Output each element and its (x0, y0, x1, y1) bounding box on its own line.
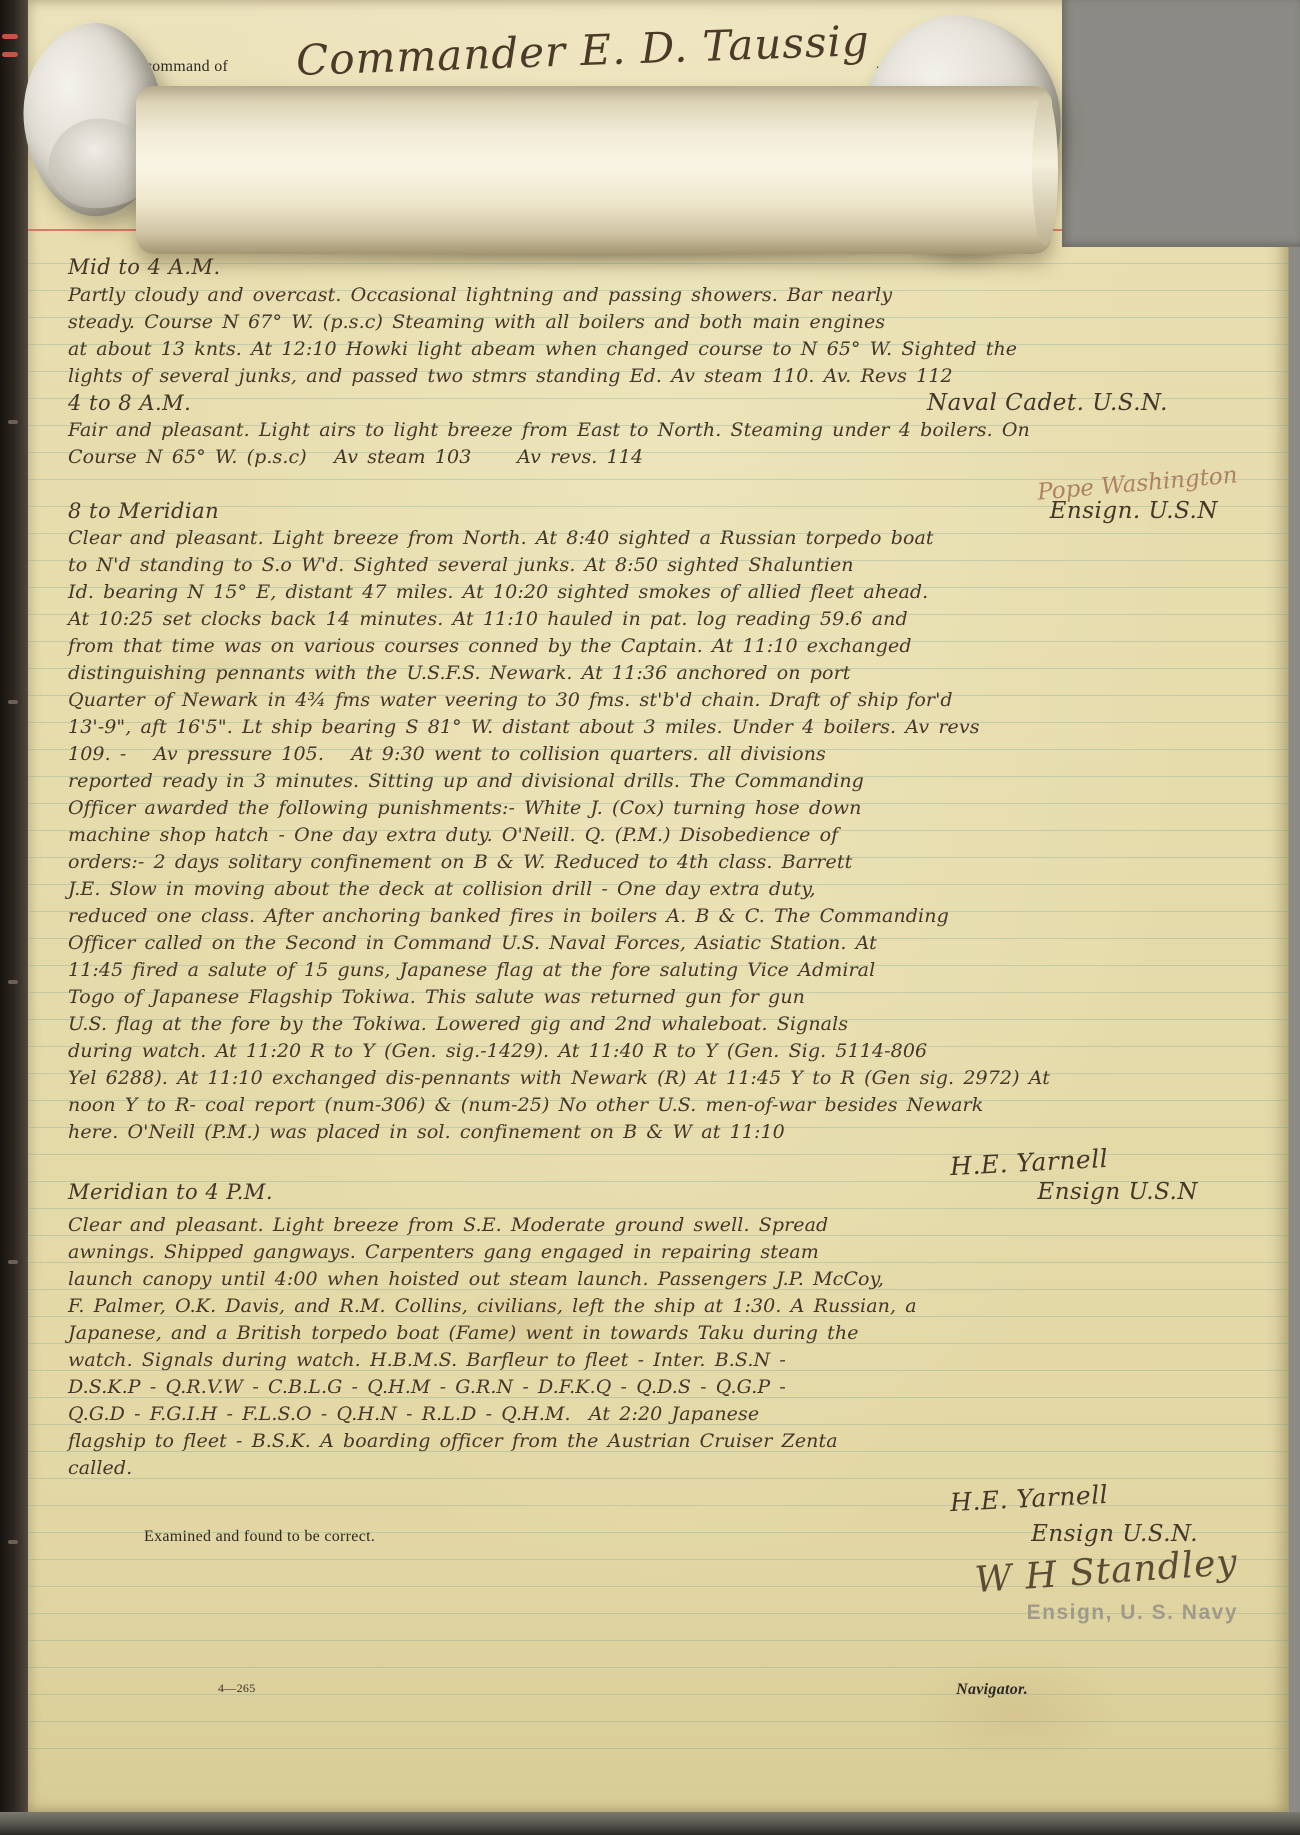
log-entries: Mid to 4 A.M. Partly cloudy and overcast… (68, 255, 1258, 1699)
page-bottom-edge (0, 1812, 1300, 1835)
signature-he-yarnell-2: H.E. Yarnell (949, 1480, 1109, 1517)
binding-thread (2, 34, 18, 39)
watch-heading-row-meridian: Meridian to 4 P.M. Ensign U.S.N (68, 1179, 1258, 1212)
signature-row-yarnell-1: H.E. Yarnell (68, 1146, 1258, 1179)
watch-body-meridian-to-4pm: Clear and pleasant. Light breeze from S.… (68, 1212, 1258, 1482)
form-number: 4—265 (218, 1681, 256, 1699)
signature-ensign-usn-yarnell-2: Ensign U.S.N. (1031, 1521, 1198, 1547)
signature-he-yarnell-1: H.E. Yarnell (949, 1144, 1109, 1181)
binding-stitch (8, 420, 18, 424)
binding-stitch (8, 980, 18, 984)
ensign-us-navy-stamp: Ensign, U. S. Navy (1027, 1601, 1238, 1625)
watch-heading-meridian-to-4pm: Meridian to 4 P.M. (68, 1180, 273, 1204)
stamp-row: Ensign, U. S. Navy (68, 1601, 1258, 1625)
backdrop-top-right (1062, 0, 1300, 247)
logbook-photo: the command of Commander E. D. Taussig ,… (0, 0, 1300, 1835)
rolled-paper-weight (136, 86, 1052, 254)
commander-name-handwritten: Commander E. D. Taussig (295, 16, 870, 85)
navigator-label: Navigator. (956, 1681, 1028, 1699)
binding-stitch (8, 700, 18, 704)
watch-body-8-to-meridian: Clear and pleasant. Light breeze from No… (68, 525, 1258, 1146)
watch-body-4-to-8am: Fair and pleasant. Light airs to light b… (68, 417, 1258, 471)
page-footer: 4—265 Navigator. (68, 1681, 1258, 1699)
examined-printed-text: Examined and found to be correct. (144, 1528, 375, 1546)
watch-heading-8-to-meridian: 8 to Meridian (68, 499, 219, 523)
binding-stitch (8, 1260, 18, 1264)
watch-body-mid-to-4am: Partly cloudy and overcast. Occasional l… (68, 282, 1258, 390)
signature-row-yarnell-2: H.E. Yarnell (68, 1482, 1258, 1515)
binding-stitch (8, 1540, 18, 1544)
watch-heading-4-to-8am: 4 to 8 A.M. (68, 391, 191, 415)
examined-row: Examined and found to be correct. Ensign… (68, 1521, 1258, 1551)
watch-heading-mid-to-4am: Mid to 4 A.M. (68, 255, 221, 279)
logbook-page: the command of Commander E. D. Taussig ,… (28, 0, 1289, 1812)
binding-thread (2, 52, 18, 57)
book-binding (0, 0, 30, 1835)
signature-ensign-usn-yarnell-1: Ensign U.S.N (1037, 1179, 1198, 1205)
signature-row-standley: W H Standley (68, 1551, 1258, 1601)
signature-naval-cadet: Naval Cadet. U.S.N. (927, 390, 1168, 416)
watch-heading-row-4to8: 4 to 8 A.M. Naval Cadet. U.S.N. (68, 390, 1258, 417)
signature-wh-standley: W H Standley (973, 1542, 1239, 1610)
signature-row-pope-washington: Pope Washington (68, 471, 1258, 498)
